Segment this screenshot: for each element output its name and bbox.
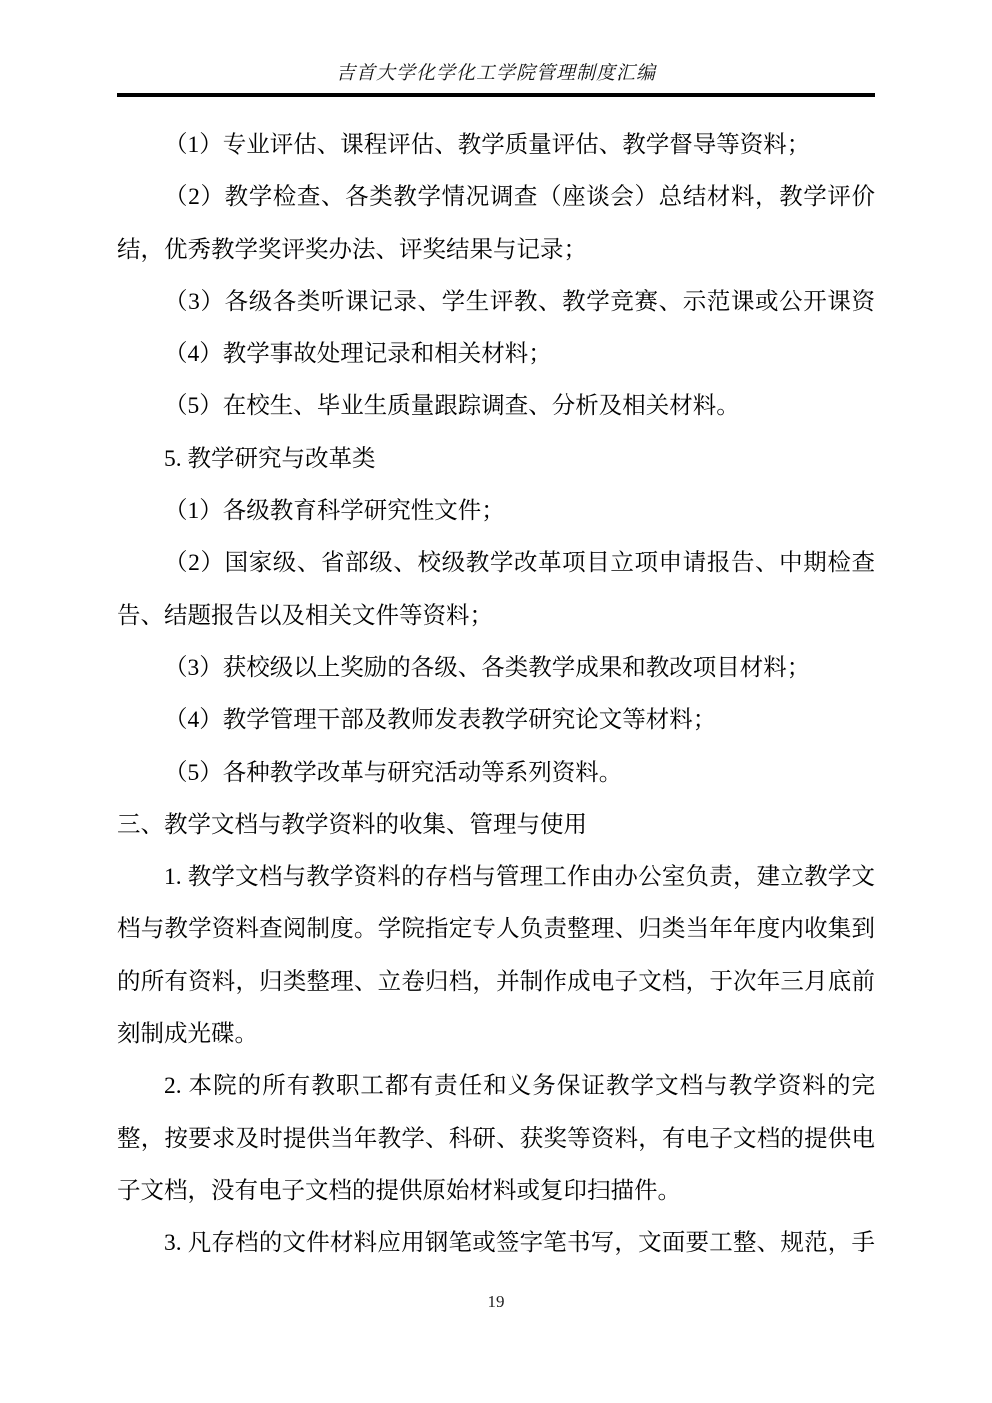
paragraph-line: 2. 本院的所有教职工都有责任和义务保证教学文档与教学资料的完 [117,1060,875,1112]
paragraph-line: （4）教学管理干部及教师发表教学研究论文等材料； [117,694,875,746]
paragraph-line: （2）国家级、省部级、校级教学改革项目立项申请报告、中期检查报 [117,537,875,589]
document-page: 吉首大学化学化工学院管理制度汇编 （1）专业评估、课程评估、教学质量评估、教学督… [0,0,992,1403]
paragraph-line: 档与教学资料查阅制度。学院指定专人负责整理、归类当年年度内收集到 [117,903,875,955]
paragraph-line: （2）教学检查、各类教学情况调查（座谈会）总结材料，教学评价总 [117,171,875,223]
paragraph-line: 整，按要求及时提供当年教学、科研、获奖等资料，有电子文档的提供电 [117,1113,875,1165]
paragraph-line: （3）各级各类听课记录、学生评教、教学竞赛、示范课或公开课资料； [117,276,875,328]
page-header: 吉首大学化学化工学院管理制度汇编 [117,58,875,85]
page-footer: 19 [0,1292,992,1312]
paragraph-line: 告、结题报告以及相关文件等资料； [117,590,875,642]
paragraph-line: 1. 教学文档与教学资料的存档与管理工作由办公室负责，建立教学文 [117,851,875,903]
header-rule [117,93,875,97]
paragraph-line: （4）教学事故处理记录和相关材料； [117,328,875,380]
paragraph-line: （5）各种教学改革与研究活动等系列资料。 [117,747,875,799]
page-number: 19 [488,1292,505,1311]
paragraph-line: （1）各级教育科学研究性文件； [117,485,875,537]
paragraph-line: 子文档，没有电子文档的提供原始材料或复印扫描件。 [117,1165,875,1217]
header-title: 吉首大学化学化工学院管理制度汇编 [336,58,656,85]
paragraph-line: （3）获校级以上奖励的各级、各类教学成果和教改项目材料； [117,642,875,694]
paragraph-line: 刻制成光碟。 [117,1008,875,1060]
paragraph-line: 的所有资料，归类整理、立卷归档，并制作成电子文档，于次年三月底前 [117,956,875,1008]
document-body: （1）专业评估、课程评估、教学质量评估、教学督导等资料； （2）教学检查、各类教… [117,119,875,1270]
paragraph-line: （1）专业评估、课程评估、教学质量评估、教学督导等资料； [117,119,875,171]
paragraph-line: 3. 凡存档的文件材料应用钢笔或签字笔书写，文面要工整、规范，手 [117,1217,875,1269]
paragraph-line: 结，优秀教学奖评奖办法、评奖结果与记录； [117,224,875,276]
list-heading-line: 5. 教学研究与改革类 [117,433,875,485]
section-heading: 三、教学文档与教学资料的收集、管理与使用 [117,799,875,851]
paragraph-line: （5）在校生、毕业生质量跟踪调查、分析及相关材料。 [117,380,875,432]
